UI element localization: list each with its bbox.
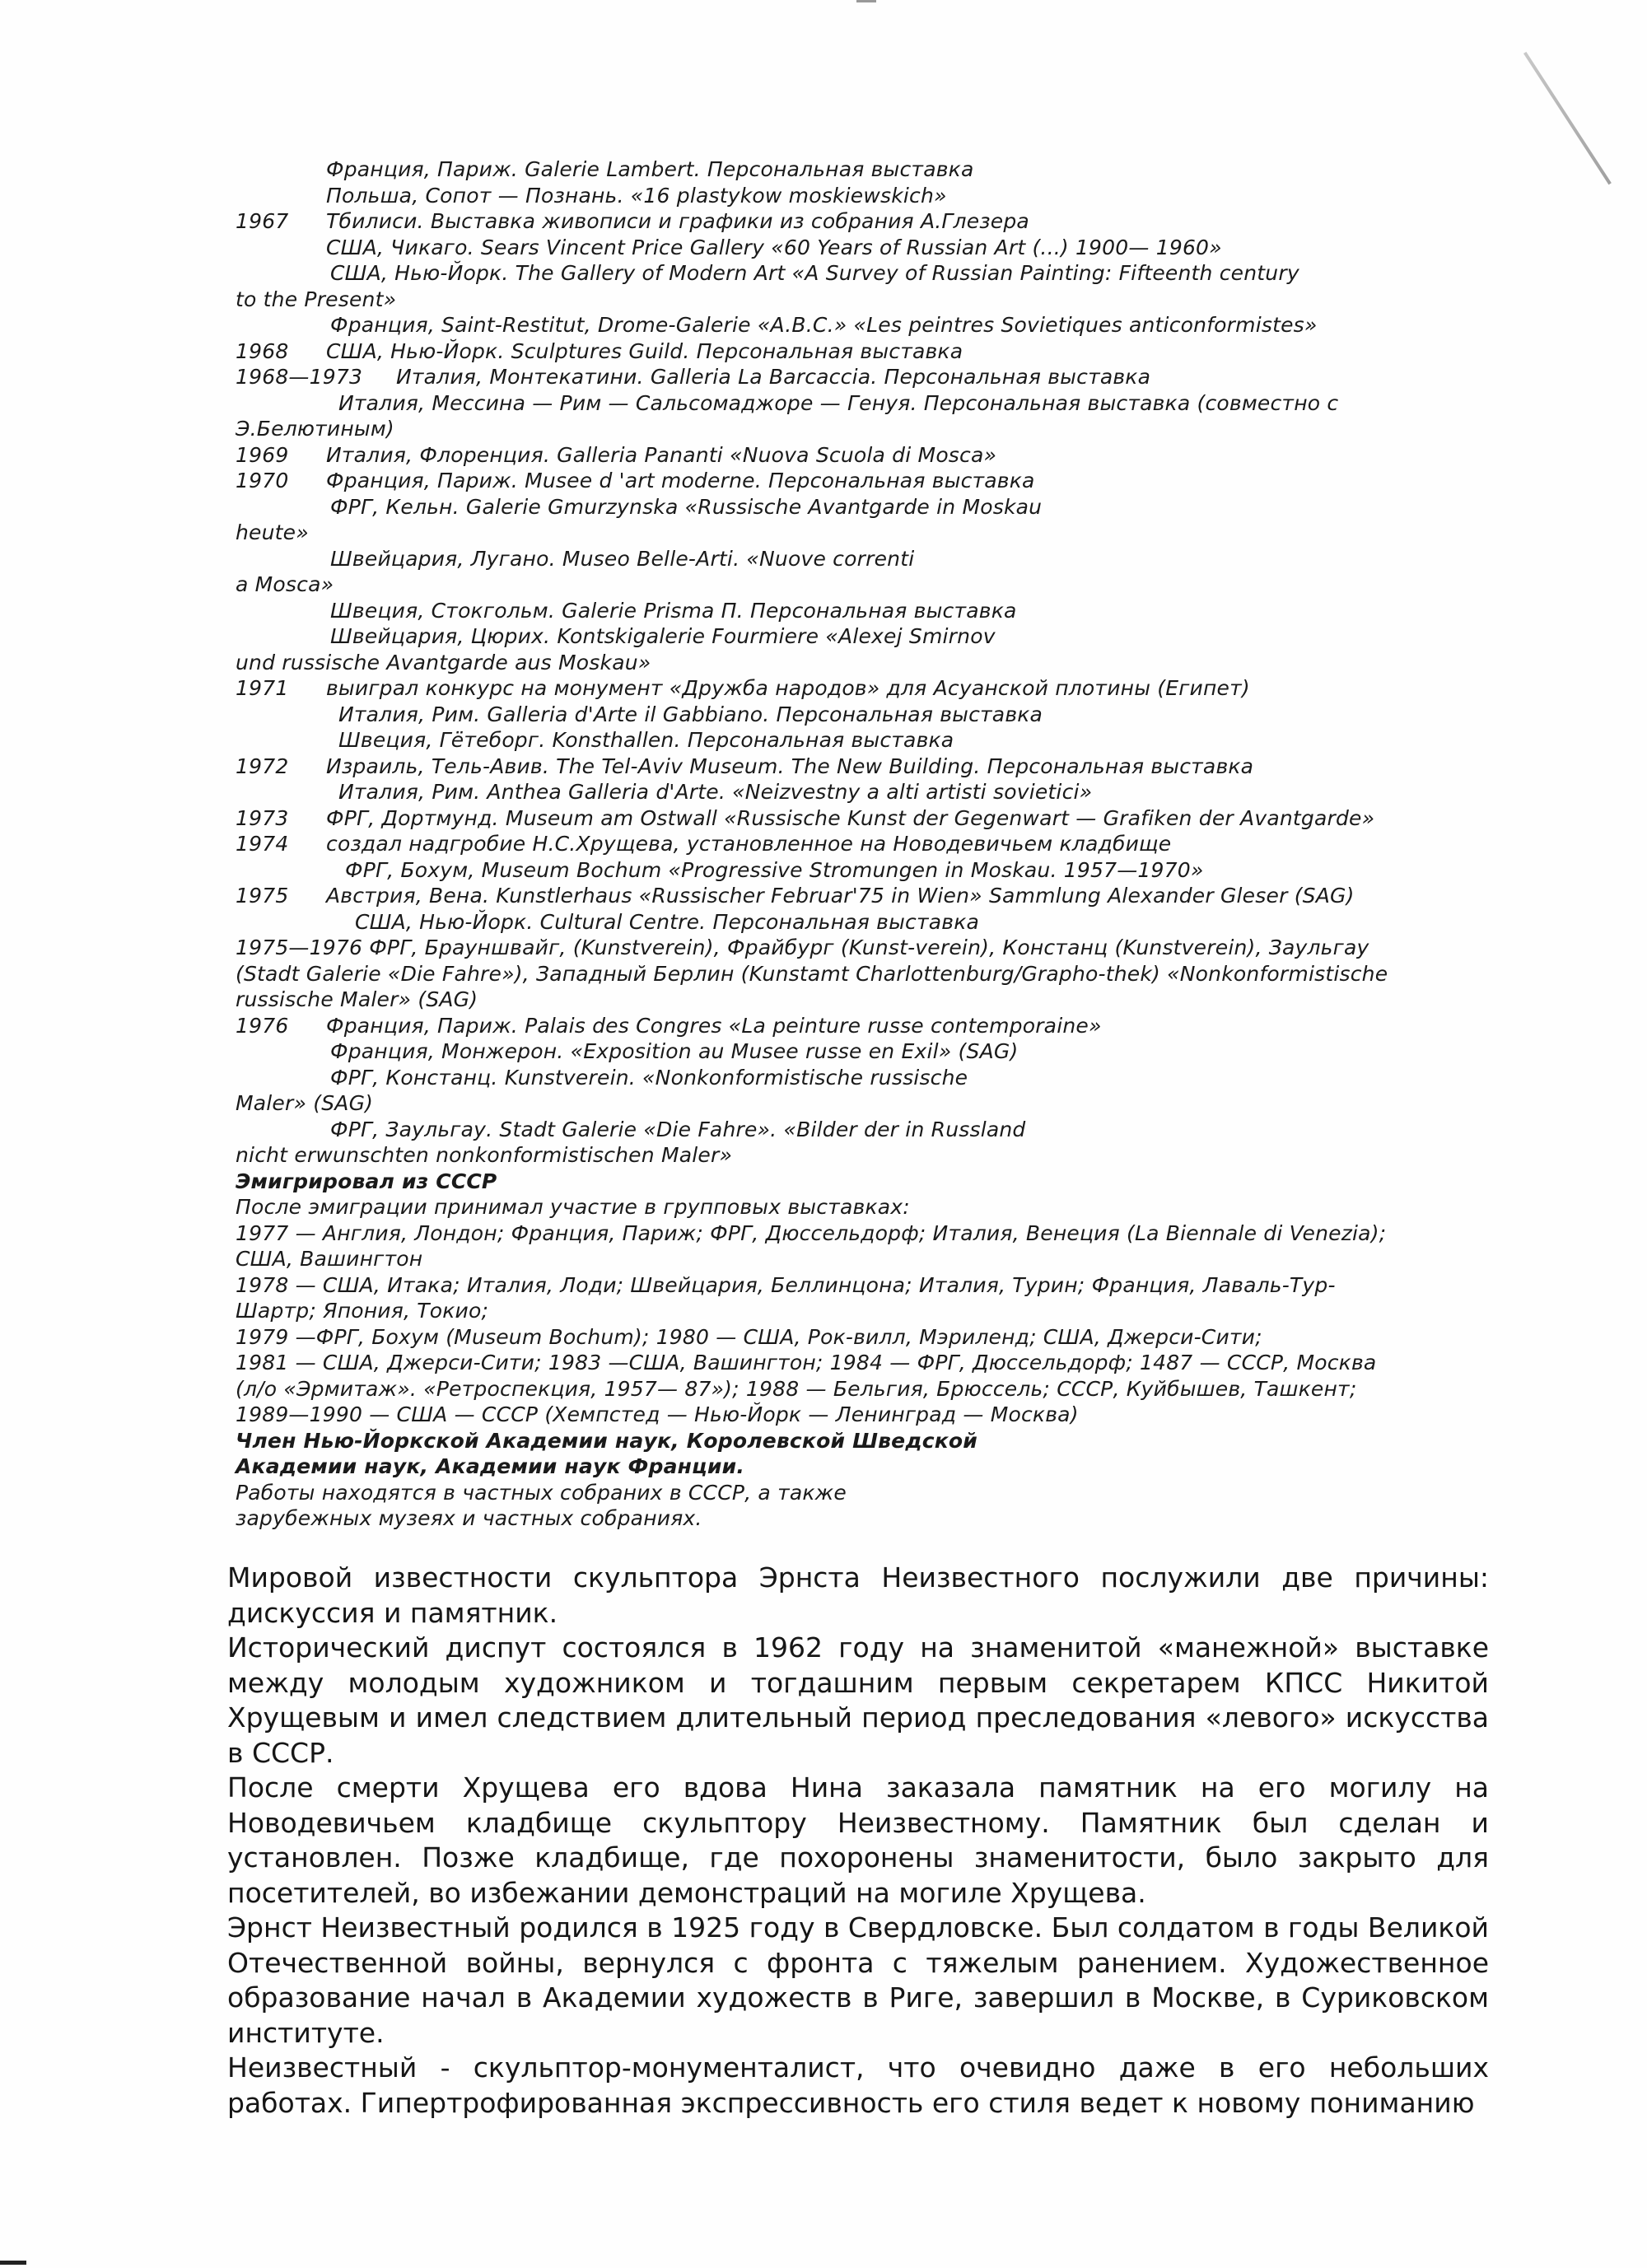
scan-artifact-corner-fold bbox=[1523, 52, 1612, 185]
exhibition-entry: Шартр; Япония, Токио; bbox=[236, 1298, 488, 1324]
exhibition-line: 1979 —ФРГ, Бохум (Museum Bochum); 1980 —… bbox=[236, 1324, 1487, 1351]
exhibition-line: Швейцария, Лугано. Museo Belle-Arti. «Nu… bbox=[236, 546, 1487, 572]
exhibition-line: Швеция, Гётеборг. Konsthallen. Персональ… bbox=[236, 727, 1487, 754]
exhibition-entry: Швеция, Гётеборг. Konsthallen. Персональ… bbox=[338, 727, 954, 754]
exhibition-entry: ФРГ, Заульгау. Stadt Galerie «Die Fahre»… bbox=[330, 1117, 1025, 1143]
exhibition-line: Э.Белютиным) bbox=[236, 416, 1487, 442]
exhibition-line: ФРГ, Кельн. Galerie Gmurzynska «Russisch… bbox=[236, 494, 1487, 520]
exhibition-line: 1971выиграл конкурс на монумент «Дружба … bbox=[236, 675, 1487, 702]
exhibition-line: США, Нью-Йорк. The Gallery of Modern Art… bbox=[236, 260, 1487, 287]
exhibition-line: Франция, Монжерон. «Exposition au Musee … bbox=[236, 1038, 1487, 1065]
exhibition-line: to the Present» bbox=[236, 287, 1487, 313]
exhibition-line: Шартр; Япония, Токио; bbox=[236, 1298, 1487, 1324]
exhibition-line: (л/о «Эрмитаж». «Ретроспекция, 1957— 87»… bbox=[236, 1376, 1487, 1402]
exhibition-year: 1974 bbox=[236, 831, 288, 857]
exhibition-entry: (л/о «Эрмитаж». «Ретроспекция, 1957— 87»… bbox=[236, 1376, 1356, 1402]
exhibition-year: 1968—1973 bbox=[236, 364, 362, 390]
exhibition-year: 1972 bbox=[236, 754, 288, 780]
exhibition-heading: Эмигрировал из СССР bbox=[236, 1169, 497, 1195]
biography-paragraph: Исторический диспут состоялся в 1962 год… bbox=[227, 1631, 1489, 1771]
exhibition-entry: Франция, Париж. Musee d 'art moderne. Пе… bbox=[326, 468, 1035, 494]
exhibition-entry: to the Present» bbox=[236, 287, 396, 313]
exhibition-line: 1977 — Англия, Лондон; Франция, Париж; Ф… bbox=[236, 1220, 1487, 1247]
exhibition-entry: Франция, Париж. Palais des Congres «La p… bbox=[326, 1013, 1102, 1039]
exhibition-line: ФРГ, Бохум, Museum Bochum «Progressive S… bbox=[236, 857, 1487, 884]
exhibition-entry: выиграл конкурс на монумент «Дружба наро… bbox=[326, 675, 1250, 702]
exhibition-line: 1970Франция, Париж. Musee d 'art moderne… bbox=[236, 468, 1487, 494]
exhibition-line: Франция, Saint-Restitut, Drome-Galerie «… bbox=[236, 312, 1487, 338]
exhibition-entry: Maler» (SAG) bbox=[236, 1090, 373, 1117]
exhibition-entry: Франция, Saint-Restitut, Drome-Galerie «… bbox=[330, 312, 1318, 338]
exhibition-line: 1989—1990 — США — СССР (Хемпстед — Нью-Й… bbox=[236, 1402, 1487, 1428]
exhibition-entry: Тбилиси. Выставка живописи и графики из … bbox=[326, 208, 1029, 235]
exhibition-line: ФРГ, Заульгау. Stadt Galerie «Die Fahre»… bbox=[236, 1117, 1487, 1143]
scan-artifact-bottom-edge bbox=[0, 2261, 26, 2265]
exhibition-entry: создал надгробие Н.С.Хрущева, установлен… bbox=[326, 831, 1171, 857]
exhibition-line: США, Нью-Йорк. Cultural Centre. Персонал… bbox=[236, 909, 1487, 936]
exhibition-entry: Швеция, Стокгольм. Galerie Prisma П. Пер… bbox=[330, 598, 1017, 624]
exhibition-line: Швеция, Стокгольм. Galerie Prisma П. Пер… bbox=[236, 598, 1487, 624]
exhibition-line: 1972Израиль, Тель-Авив. The Tel-Aviv Mus… bbox=[236, 754, 1487, 780]
exhibition-entry: Италия, Рим. Anthea Galleria d'Arte. «Ne… bbox=[338, 779, 1092, 805]
exhibition-entry: Франция, Монжерон. «Exposition au Musee … bbox=[330, 1038, 1018, 1065]
exhibition-entry: (Stadt Galerie «Die Fahre»), Западный Бе… bbox=[236, 961, 1388, 987]
biography-text: Мировой известности скульптора Эрнста Не… bbox=[227, 1561, 1489, 2121]
exhibition-entry: Австрия, Вена. Kunstlerhaus «Russischer … bbox=[326, 883, 1355, 909]
exhibition-year: 1971 bbox=[236, 675, 288, 702]
exhibition-line: После эмиграции принимал участие в групп… bbox=[236, 1194, 1487, 1220]
exhibition-year: 1975 bbox=[236, 883, 288, 909]
exhibition-line: heute» bbox=[236, 520, 1487, 546]
exhibition-line: ФРГ, Констанц. Kunstverein. «Nonkonformi… bbox=[236, 1065, 1487, 1091]
exhibition-year: 1970 bbox=[236, 468, 288, 494]
exhibition-entry: Израиль, Тель-Авив. The Tel-Aviv Museum.… bbox=[326, 754, 1253, 780]
exhibition-line: Работы находятся в частных собраних в СС… bbox=[236, 1480, 1487, 1506]
scan-artifact-top bbox=[856, 0, 876, 2]
exhibition-year: 1976 bbox=[236, 1013, 288, 1039]
exhibition-entry: ФРГ, Дортмунд. Museum am Ostwall «Russis… bbox=[326, 805, 1374, 832]
exhibition-entry: Работы находятся в частных собраних в СС… bbox=[236, 1480, 847, 1506]
exhibition-year: 1968 bbox=[236, 338, 288, 365]
exhibition-line: Maler» (SAG) bbox=[236, 1090, 1487, 1117]
exhibition-line: 1975—1976 ФРГ, Брауншвайг, (Kunstverein)… bbox=[236, 935, 1487, 961]
exhibition-heading: Член Нью-Йоркской Академии наук, Королев… bbox=[236, 1428, 977, 1454]
exhibition-line: 1969Италия, Флоренция. Galleria Pananti … bbox=[236, 442, 1487, 469]
exhibition-entry: США, Нью-Йорк. Sculptures Guild. Персона… bbox=[326, 338, 963, 365]
exhibition-line: зарубежных музеях и частных собраниях. bbox=[236, 1505, 1487, 1532]
exhibition-line: nicht erwunschten nonkonformistischen Ma… bbox=[236, 1142, 1487, 1169]
exhibition-line: (Stadt Galerie «Die Fahre»), Западный Бе… bbox=[236, 961, 1487, 987]
exhibition-entry: ФРГ, Констанц. Kunstverein. «Nonkonformi… bbox=[330, 1065, 968, 1091]
exhibition-entry: США, Нью-Йорк. Cultural Centre. Персонал… bbox=[355, 909, 979, 936]
exhibition-entry: russische Maler» (SAG) bbox=[236, 987, 478, 1013]
exhibition-line: Франция, Париж. Galerie Lambert. Персона… bbox=[236, 156, 1487, 183]
exhibition-line: Академии наук, Академии наук Франции. bbox=[236, 1454, 1487, 1480]
exhibition-entry: 1977 — Англия, Лондон; Франция, Париж; Ф… bbox=[236, 1220, 1386, 1247]
exhibition-line: США, Чикаго. Sears Vincent Price Gallery… bbox=[236, 235, 1487, 261]
exhibition-entry: ФРГ, Кельн. Galerie Gmurzynska «Russisch… bbox=[330, 494, 1042, 520]
exhibition-entry: 1975—1976 ФРГ, Брауншвайг, (Kunstverein)… bbox=[236, 935, 1369, 961]
exhibition-line: 1973ФРГ, Дортмунд. Museum am Ostwall «Ru… bbox=[236, 805, 1487, 832]
exhibition-line: 1968США, Нью-Йорк. Sculptures Guild. Пер… bbox=[236, 338, 1487, 365]
exhibition-entry: nicht erwunschten nonkonformistischen Ma… bbox=[236, 1142, 732, 1169]
exhibition-year: 1967 bbox=[236, 208, 288, 235]
exhibition-line: 1968—1973Италия, Монтекатини. Galleria L… bbox=[236, 364, 1487, 390]
exhibition-entry: Франция, Париж. Galerie Lambert. Персона… bbox=[326, 156, 973, 183]
exhibition-line: Швейцария, Цюрих. Kontskigalerie Fourmie… bbox=[236, 623, 1487, 650]
exhibition-entry: Италия, Мессина — Рим — Сальсомаджоре — … bbox=[338, 390, 1338, 417]
biography-paragraph: Мировой известности скульптора Эрнста Не… bbox=[227, 1561, 1489, 1631]
exhibition-entry: Швейцария, Лугано. Museo Belle-Arti. «Nu… bbox=[330, 546, 914, 572]
exhibition-line: a Mosca» bbox=[236, 572, 1487, 598]
exhibition-entry: 1981 — США, Джерси-Сити; 1983 —США, Ваши… bbox=[236, 1350, 1376, 1376]
exhibition-entry: Э.Белютиным) bbox=[236, 416, 394, 442]
exhibition-entry: a Mosca» bbox=[236, 572, 334, 598]
exhibition-heading: Академии наук, Академии наук Франции. bbox=[236, 1454, 744, 1480]
biography-paragraph: Неизвестный - скульптор-монументалист, ч… bbox=[227, 2051, 1489, 2121]
exhibition-line: Эмигрировал из СССР bbox=[236, 1169, 1487, 1195]
exhibition-line: Италия, Рим. Galleria d'Arte il Gabbiano… bbox=[236, 702, 1487, 728]
exhibition-entry: США, Вашингтон bbox=[236, 1246, 422, 1272]
exhibition-entry: Италия, Монтекатини. Galleria La Barcacc… bbox=[396, 364, 1150, 390]
exhibition-line: 1975Австрия, Вена. Kunstlerhaus «Russisc… bbox=[236, 883, 1487, 909]
exhibition-entry: США, Чикаго. Sears Vincent Price Gallery… bbox=[326, 235, 1222, 261]
exhibition-line: russische Maler» (SAG) bbox=[236, 987, 1487, 1013]
exhibition-year: 1969 bbox=[236, 442, 288, 469]
exhibition-line: Член Нью-Йоркской Академии наук, Королев… bbox=[236, 1428, 1487, 1454]
exhibition-entry: Италия, Флоренция. Galleria Pananti «Nuo… bbox=[326, 442, 996, 469]
scanned-page: Франция, Париж. Galerie Lambert. Персона… bbox=[0, 0, 1647, 2268]
exhibition-line: Италия, Мессина — Рим — Сальсомаджоре — … bbox=[236, 390, 1487, 417]
exhibition-entry: зарубежных музеях и частных собраниях. bbox=[236, 1505, 702, 1532]
exhibition-line: США, Вашингтон bbox=[236, 1246, 1487, 1272]
exhibition-line: 1974создал надгробие Н.С.Хрущева, устано… bbox=[236, 831, 1487, 857]
exhibition-entry: После эмиграции принимал участие в групп… bbox=[236, 1194, 910, 1220]
exhibition-entry: США, Нью-Йорк. The Gallery of Modern Art… bbox=[330, 260, 1299, 287]
biography-paragraph: После смерти Хрущева его вдова Нина зака… bbox=[227, 1771, 1489, 1911]
exhibition-line: und russische Avantgarde aus Moskau» bbox=[236, 650, 1487, 676]
exhibition-entry: 1978 — США, Итака; Италия, Лоди; Швейцар… bbox=[236, 1272, 1336, 1299]
exhibition-line: Италия, Рим. Anthea Galleria d'Arte. «Ne… bbox=[236, 779, 1487, 805]
exhibition-entry: 1989—1990 — США — СССР (Хемпстед — Нью-Й… bbox=[236, 1402, 1079, 1428]
exhibition-entry: Польша, Сопот — Познань. «16 plastykow m… bbox=[326, 183, 947, 209]
exhibition-entry: Италия, Рим. Galleria d'Arte il Gabbiano… bbox=[338, 702, 1043, 728]
exhibition-entry: und russische Avantgarde aus Moskau» bbox=[236, 650, 651, 676]
exhibition-line: 1976Франция, Париж. Palais des Congres «… bbox=[236, 1013, 1487, 1039]
exhibition-line: Польша, Сопот — Познань. «16 plastykow m… bbox=[236, 183, 1487, 209]
exhibition-entry: heute» bbox=[236, 520, 309, 546]
exhibition-line: 1978 — США, Итака; Италия, Лоди; Швейцар… bbox=[236, 1272, 1487, 1299]
exhibition-line: 1981 — США, Джерси-Сити; 1983 —США, Ваши… bbox=[236, 1350, 1487, 1376]
exhibition-line: 1967Тбилиси. Выставка живописи и графики… bbox=[236, 208, 1487, 235]
exhibition-entry: Швейцария, Цюрих. Kontskigalerie Fourmie… bbox=[330, 623, 996, 650]
exhibition-entry: ФРГ, Бохум, Museum Bochum «Progressive S… bbox=[345, 857, 1203, 884]
exhibition-entry: 1979 —ФРГ, Бохум (Museum Bochum); 1980 —… bbox=[236, 1324, 1262, 1351]
exhibition-list: Франция, Париж. Galerie Lambert. Персона… bbox=[236, 156, 1487, 1532]
biography-paragraph: Эрнст Неизвестный родился в 1925 году в … bbox=[227, 1911, 1489, 2051]
exhibition-year: 1973 bbox=[236, 805, 288, 832]
